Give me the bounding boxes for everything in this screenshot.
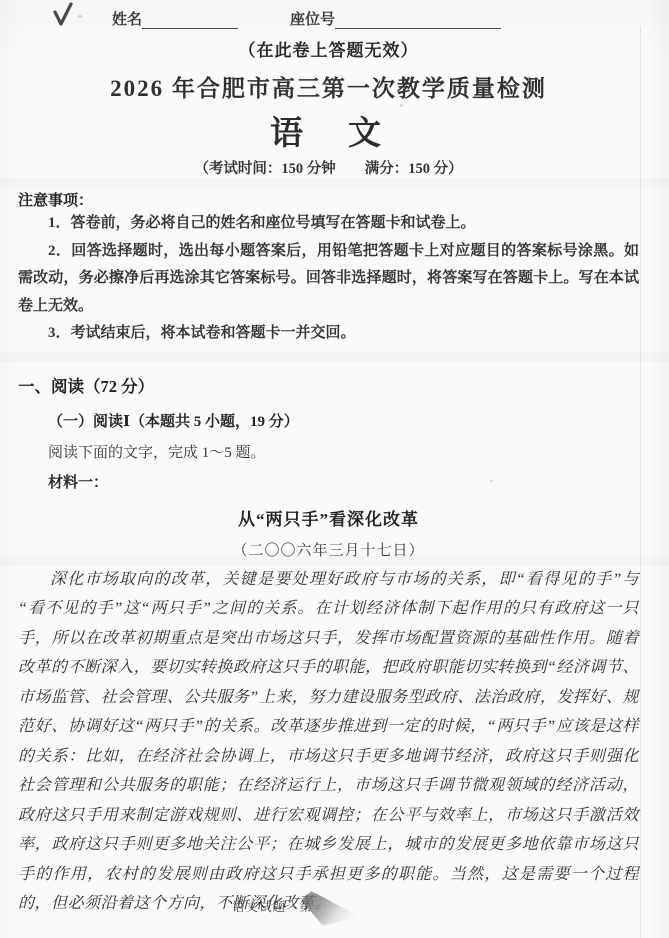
invalid-answer-notice: （在此卷上答题无效） xyxy=(18,36,639,61)
notice-item-1: 1．答卷前，务必将自己的姓名和座位号填写在答题卡和试卷上。 xyxy=(18,210,639,238)
reading-one-subheading: （一）阅读Ⅰ（本题共 5 小题，19 分） xyxy=(18,410,639,431)
article-title: 从“两只手”看深化改革 xyxy=(18,505,639,530)
article-date: （二〇〇六年三月十七日） xyxy=(18,539,639,560)
seat-number-blank-line xyxy=(335,12,501,29)
page-footer: 语文试题 第 xyxy=(232,897,313,915)
page-content: 姓名座位号 （在此卷上答题无效） 2026 年合肥市高三第一次教学质量检测 语 … xyxy=(0,0,669,919)
material-one-label: 材料一： xyxy=(18,471,639,492)
exam-paper-page: 姓名座位号 （在此卷上答题无效） 2026 年合肥市高三第一次教学质量检测 语 … xyxy=(0,0,669,938)
name-blank-line xyxy=(142,12,238,29)
seat-number-label: 座位号 xyxy=(290,8,335,29)
exam-time-score-info: （考试时间：150 分钟 满分：150 分） xyxy=(18,157,639,178)
reading-instruction: 阅读下面的文字，完成 1～5 题。 xyxy=(18,441,639,462)
name-label: 姓名 xyxy=(112,8,142,29)
student-info-row: 姓名座位号 xyxy=(18,8,639,32)
article-paragraph: 深化市场取向的改革，关键是要处理好政府与市场的关系，即“看得见的手”与“看不见的… xyxy=(18,565,639,919)
part-one-heading: 一、阅读（72 分） xyxy=(18,373,639,397)
notice-heading: 注意事项： xyxy=(18,189,639,210)
notice-item-2: 2．回答选择题时，选出每小题答案后，用铅笔把答题卡上对应题目的答案标号涂黑。如需… xyxy=(18,238,639,321)
exam-title: 2026 年合肥市高三第一次教学质量检测 xyxy=(18,70,639,103)
subject-title: 语 文 xyxy=(18,107,639,154)
notice-item-3: 3．考试结束后，将本试卷和答题卡一并交回。 xyxy=(18,320,639,348)
